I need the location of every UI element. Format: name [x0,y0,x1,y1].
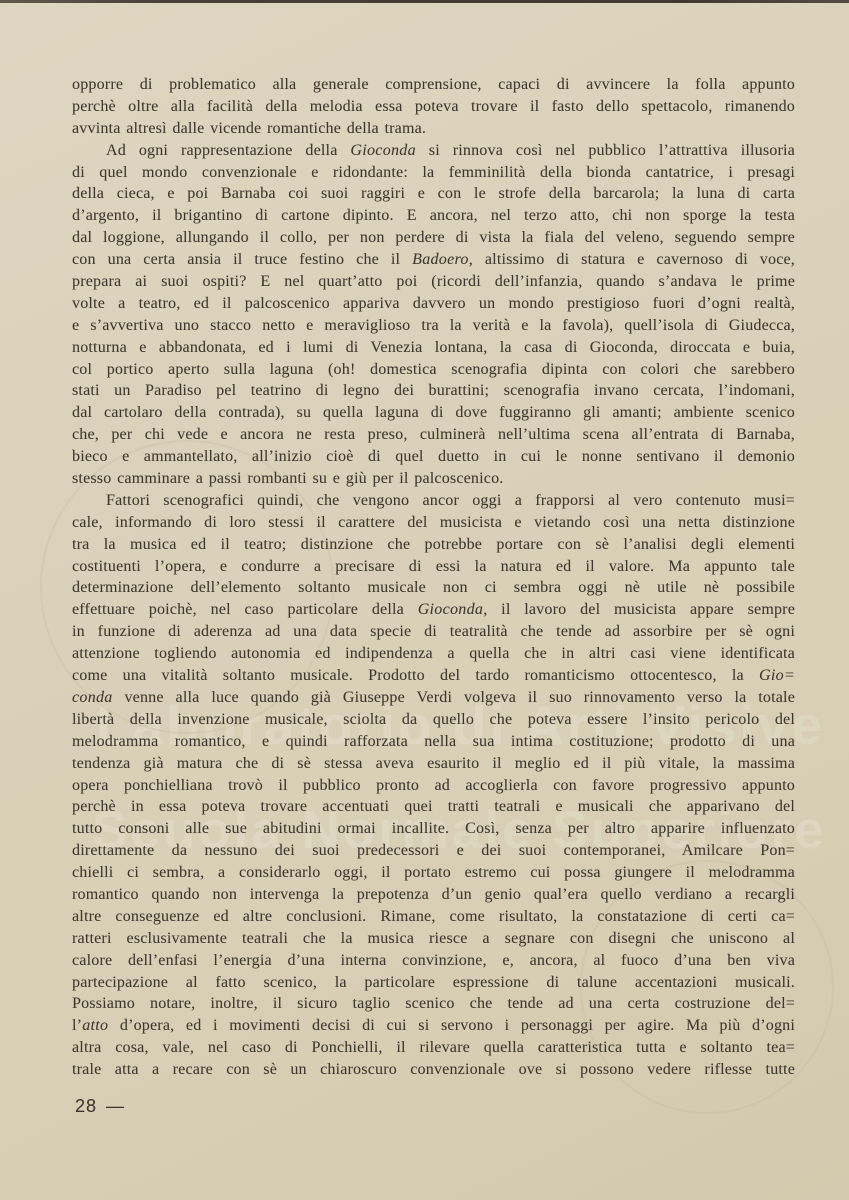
text-line: perchè oltre alla facilità della melodia… [72,96,795,118]
text-line: prepara ai suoi ospiti? E nel quart’atto… [72,271,795,293]
text-segment: d’argento, il brigantino di cartone dipi… [72,207,795,224]
text-line: calore dell’enfasi l’energia d’una inter… [72,950,795,972]
scanned-book-page: { "page": { "number": "28", "dash": "—" … [0,0,849,1200]
text-line: libertà della invenzione musicale, sciol… [72,709,795,731]
text-line: perchè in essa poteva trovare accentuati… [72,796,795,818]
text-segment: e s’avvertiva uno stacco netto e meravig… [72,317,795,334]
text-segment: avvinta altresì dalle vicende romantiche… [72,120,426,137]
text-line: Fattori scenografici quindi, che vengono… [72,490,795,512]
text-segment: opera ponchielliana trovò il pubblico pr… [72,777,795,794]
text-line: con una certa ansia il truce festino che… [72,249,795,271]
scan-top-edge [0,0,849,3]
text-line: volte a teatro, ed il palcoscenico appar… [72,293,795,315]
text-segment-italic: atto [82,1017,108,1034]
text-segment: altra cosa, vale, nel caso di Ponchielli… [72,1039,795,1056]
text-line: stati un Paradiso pel teatrino di legno … [72,380,795,402]
text-segment: tutto consoni alle sue abitudini ormai i… [72,820,795,837]
text-segment-italic: conda [72,689,113,706]
text-segment: Fattori scenografici quindi, che vengono… [106,492,795,509]
text-line: come una vitalità soltanto musicale. Pro… [72,665,795,687]
text-line: romantico quando non intervenga la prepo… [72,884,795,906]
text-line: dal loggione, allungando il collo, per n… [72,227,795,249]
text-segment: con una certa ansia il truce festino che… [72,251,412,268]
text-segment: direttamente da nessuno dei suoi predece… [72,842,795,859]
text-segment: della cieca, e poi Barnaba coi suoi ragg… [72,185,795,202]
text-segment: volte a teatro, ed il palcoscenico appar… [72,295,795,312]
text-segment: d’opera, ed i movimenti decisi di cui si… [108,1017,795,1034]
page-scan: Laboratorio di Arti Visive Scuola Normal… [0,0,849,1200]
text-segment: perchè oltre alla facilità della melodia… [72,98,795,115]
text-segment-italic: Badoero [412,251,469,268]
text-segment: dal loggione, allungando il collo, per n… [72,229,795,246]
text-segment: Possiamo notare, inoltre, il sicuro tagl… [72,995,795,1012]
text-segment: , altissimo di statura e cavernoso di vo… [469,251,795,268]
text-segment-italic: Gioconda [350,142,416,159]
text-segment: attenzione togliendo autonomia ed indipe… [72,645,795,662]
text-line: chielli ci sembra, a considerarlo oggi, … [72,862,795,884]
text-segment: partecipazione al fatto scenico, la part… [72,974,795,991]
text-segment: melodramma romantico, e quindi rafforzat… [72,733,795,750]
text-segment: dal cartolaro della contrada), su quella… [72,404,795,421]
text-line: costituenti l’opera, e condurre a precis… [72,556,795,578]
text-line: opera ponchielliana trovò il pubblico pr… [72,775,795,797]
page-number: 28— [75,1096,125,1117]
text-segment: bieco e ammantellato, all’inizio cioè di… [72,448,795,465]
text-line: direttamente da nessuno dei suoi predece… [72,840,795,862]
text-line: stesso camminare a passi rombanti su e g… [72,468,795,490]
text-segment: notturna e abbandonata, ed i lumi di Ven… [72,339,795,356]
text-line: e s’avvertiva uno stacco netto e meravig… [72,315,795,337]
text-line: opporre di problematico alla generale co… [72,74,795,96]
text-segment: tendenza già matura che di sè stessa ave… [72,755,795,772]
text-line: Ad ogni rappresentazione della Gioconda … [72,140,795,162]
text-segment: si rinnova così nel pubblico l’attrattiv… [416,142,795,159]
page-number-value: 28 [75,1096,97,1116]
text-line: melodramma romantico, e quindi rafforzat… [72,731,795,753]
text-segment: cale, informando di loro stessi il carat… [72,514,795,531]
text-segment: romantico quando non intervenga la prepo… [72,886,795,903]
text-segment: tra la musica ed il teatro; distinzione … [72,536,795,553]
text-line: tendenza già matura che di sè stessa ave… [72,753,795,775]
text-line: determinazione dell’elemento soltanto mu… [72,577,795,599]
text-segment-italic: Gio= [759,667,795,684]
text-segment: altre conseguenze ed altre conclusioni. … [72,908,795,925]
text-segment: trale atta a recare con sè un chiaroscur… [72,1061,795,1078]
text-line: partecipazione al fatto scenico, la part… [72,972,795,994]
text-line: cale, informando di loro stessi il carat… [72,512,795,534]
text-line: avvinta altresì dalle vicende romantiche… [72,118,795,140]
text-segment: chielli ci sembra, a considerarlo oggi, … [72,864,795,881]
text-segment: opporre di problematico alla generale co… [72,76,795,93]
text-line: dal cartolaro della contrada), su quella… [72,402,795,424]
text-line: tutto consoni alle sue abitudini ormai i… [72,818,795,840]
text-segment: effettuare poichè, nel caso particolare … [72,601,418,618]
text-line: tra la musica ed il teatro; distinzione … [72,534,795,556]
text-segment: stesso camminare a passi rombanti su e g… [72,470,503,487]
text-segment: col portico aperto sulla laguna (oh! dom… [72,361,795,378]
text-line: altre conseguenze ed altre conclusioni. … [72,906,795,928]
text-segment: l’ [72,1017,82,1034]
text-line: bieco e ammantellato, all’inizio cioè di… [72,446,795,468]
text-segment: , il lavoro del musicista appare sempre [483,601,795,618]
page-number-dash: — [106,1096,125,1116]
text-line: che, per chi vede e ancora ne resta pres… [72,424,795,446]
text-segment: calore dell’enfasi l’energia d’una inter… [72,952,795,969]
text-line: altra cosa, vale, nel caso di Ponchielli… [72,1037,795,1059]
text-segment: venne alla luce quando già Giuseppe Verd… [113,689,795,706]
text-segment: prepara ai suoi ospiti? E nel quart’atto… [72,273,795,290]
text-line: della cieca, e poi Barnaba coi suoi ragg… [72,183,795,205]
text-line: effettuare poichè, nel caso particolare … [72,599,795,621]
text-segment: determinazione dell’elemento soltanto mu… [72,579,795,596]
text-line: l’atto d’opera, ed i movimenti decisi di… [72,1015,795,1037]
text-line: di quel mondo convenzionale e ridondante… [72,162,795,184]
text-segment: ratteri esclusivamente teatrali che la m… [72,930,795,947]
text-segment: Ad ogni rappresentazione della [106,142,350,159]
text-line: notturna e abbandonata, ed i lumi di Ven… [72,337,795,359]
text-segment: come una vitalità soltanto musicale. Pro… [72,667,759,684]
text-line: conda venne alla luce quando già Giusepp… [72,687,795,709]
text-line: trale atta a recare con sè un chiaroscur… [72,1059,795,1081]
text-line: ratteri esclusivamente teatrali che la m… [72,928,795,950]
text-segment: costituenti l’opera, e condurre a precis… [72,558,795,575]
text-segment: che, per chi vede e ancora ne resta pres… [72,426,795,443]
text-segment: libertà della invenzione musicale, sciol… [72,711,795,728]
text-segment: perchè in essa poteva trovare accentuati… [72,798,795,815]
text-segment: di quel mondo convenzionale e ridondante… [72,164,795,181]
text-segment-italic: Gioconda [418,601,484,618]
text-line: d’argento, il brigantino di cartone dipi… [72,205,795,227]
text-line: attenzione togliendo autonomia ed indipe… [72,643,795,665]
text-line: Possiamo notare, inoltre, il sicuro tagl… [72,993,795,1015]
text-line: col portico aperto sulla laguna (oh! dom… [72,359,795,381]
text-segment: in funzione di aderenza ad una data spec… [72,623,795,640]
text-line: in funzione di aderenza ad una data spec… [72,621,795,643]
text-block: opporre di problematico alla generale co… [72,74,795,1081]
text-segment: stati un Paradiso pel teatrino di legno … [72,382,795,399]
